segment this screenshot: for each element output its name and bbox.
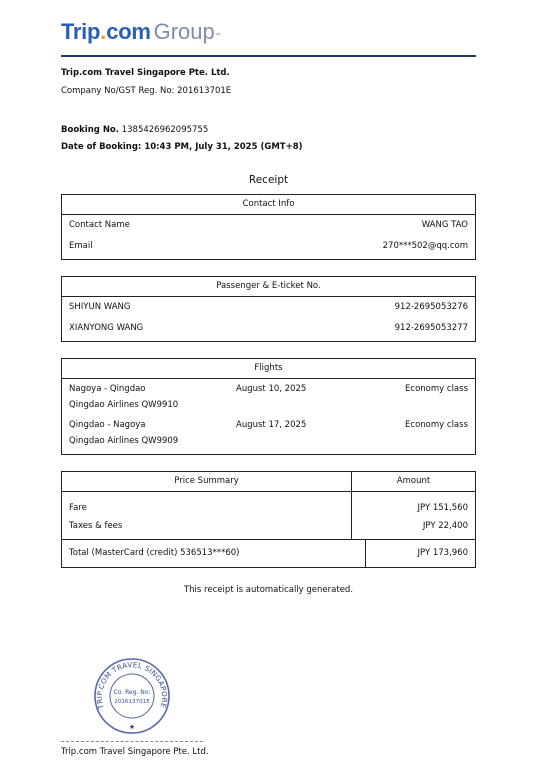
svg-text:★: ★ (129, 723, 135, 731)
flight-airline: Qingdao Airlines QW9910 (69, 398, 178, 412)
passenger-rows: SHIYUN WANG912-2695053276XIANYONG WANG91… (62, 297, 475, 341)
flight-route: Nagoya - Qingdao (69, 382, 146, 396)
flights-header: Flights (62, 359, 475, 379)
signature-company: Trip.com Travel Singapore Pte. Ltd. (61, 746, 209, 758)
svg-text:201613701E: 201613701E (114, 699, 150, 705)
passenger-row: SHIYUN WANG912-2695053276 (62, 297, 475, 318)
eticket-number: 912-2695053276 (395, 297, 468, 318)
contact-row: Email270***502@qq.com (62, 236, 475, 257)
passenger-header: Passenger & E-ticket No. (62, 277, 475, 297)
flight-date: August 10, 2025 (236, 382, 306, 396)
contact-value: WANG TAO (422, 215, 468, 236)
booking-number: Booking No. 1385426962095755 (61, 124, 208, 136)
eticket-number: 912-2695053277 (395, 318, 468, 339)
flight-rows: Nagoya - QingdaoQingdao Airlines QW9910A… (62, 379, 475, 454)
price-summary-header: Price Summary (62, 472, 352, 491)
price-item-amount: JPY 22,400 (352, 517, 475, 535)
signature-line (61, 741, 203, 742)
flights-table: Flights Nagoya - QingdaoQingdao Airlines… (61, 358, 476, 455)
flight-row: Nagoya - QingdaoQingdao Airlines QW9910A… (62, 382, 475, 418)
total-amount: JPY 173,960 (366, 540, 475, 567)
price-item-label: Taxes & fees (62, 517, 351, 535)
contact-row: Contact NameWANG TAO (62, 215, 475, 236)
amount-header: Amount (352, 472, 475, 491)
contact-value: 270***502@qq.com (383, 236, 468, 257)
company-stamp: TRIP.COM TRAVEL SINGAPORE PTE LTD Co. Re… (92, 656, 172, 736)
svg-text:Co. Reg. No:: Co. Reg. No: (114, 689, 151, 696)
contact-label: Email (69, 236, 93, 257)
price-item-label: Fare (62, 499, 351, 517)
contact-rows: Contact NameWANG TAOEmail270***502@qq.co… (62, 215, 475, 259)
price-item-labels: FareTaxes & fees (62, 492, 352, 539)
receipt-title: Receipt (61, 174, 476, 186)
flight-class: Economy class (405, 382, 468, 396)
total-label: Total (MasterCard (credit) 536513***60) (62, 540, 366, 567)
price-item-amounts: JPY 151,560JPY 22,400 (352, 492, 475, 539)
flight-route: Qingdao - Nagoya (69, 418, 146, 432)
passenger-row: XIANYONG WANG912-2695053277 (62, 318, 475, 339)
contact-info-header: Contact Info (62, 195, 475, 215)
auto-generated-note: This receipt is automatically generated. (61, 584, 476, 596)
flight-row: Qingdao - NagoyaQingdao Airlines QW9909A… (62, 418, 475, 454)
flight-class: Economy class (405, 418, 468, 432)
contact-label: Contact Name (69, 215, 130, 236)
stamp-seal-icon: TRIP.COM TRAVEL SINGAPORE PTE LTD Co. Re… (92, 656, 172, 736)
company-reg: Company No/GST Reg. No: 201613701E (61, 85, 231, 97)
price-summary-table: Price Summary Amount FareTaxes & fees JP… (61, 471, 476, 568)
passenger-name: SHIYUN WANG (69, 297, 130, 318)
company-name: Trip.com Travel Singapore Pte. Ltd. (61, 67, 230, 79)
passenger-name: XIANYONG WANG (69, 318, 143, 339)
passenger-table: Passenger & E-ticket No. SHIYUN WANG912-… (61, 276, 476, 342)
flight-airline: Qingdao Airlines QW9909 (69, 434, 178, 448)
contact-info-table: Contact Info Contact NameWANG TAOEmail27… (61, 194, 476, 260)
header-divider (61, 55, 476, 57)
flight-date: August 17, 2025 (236, 418, 306, 432)
trip-com-group-logo: Trip.comGroup™ (61, 18, 221, 46)
price-item-amount: JPY 151,560 (352, 499, 475, 517)
booking-date: Date of Booking: 10:43 PM, July 31, 2025… (61, 141, 303, 153)
